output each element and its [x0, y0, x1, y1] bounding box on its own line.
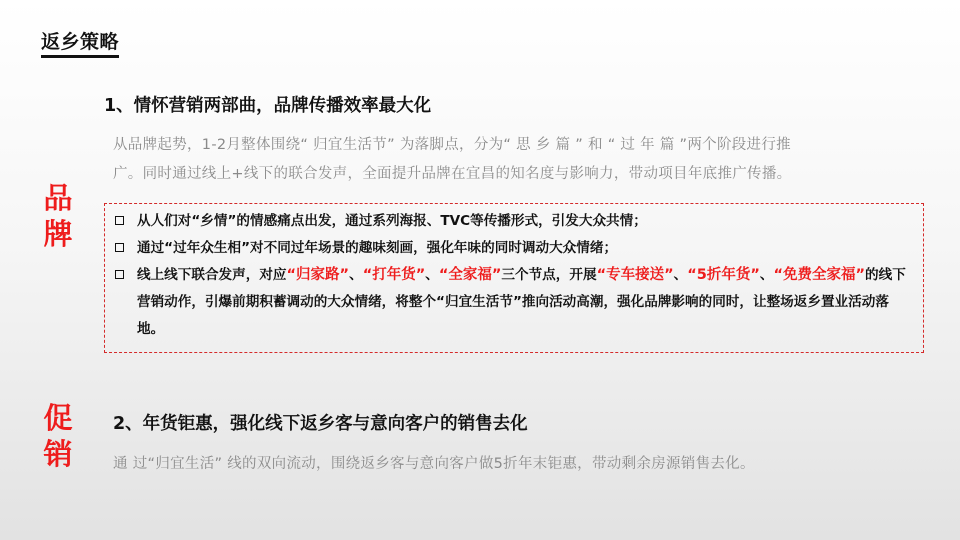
brand-side-label: 品 牌: [38, 180, 78, 252]
bullet-text: 从人们对“乡情”的情感痛点出发，通过系列海报、TVC等传播形式，引发大众共情；: [137, 213, 647, 229]
promo-paragraph: 通 过“归宜生活” 线的双向流动，围绕返乡客与意向客户做5折年末钜惠，带动剩余房…: [113, 450, 755, 479]
square-bullet-icon: [115, 216, 124, 225]
bullet-text-segment: 、: [349, 267, 363, 283]
brand-section-heading: 1、情怀营销两部曲，品牌传播效率最大化: [104, 94, 431, 118]
square-bullet-icon: [115, 270, 124, 279]
bullet-text-segment: 、: [425, 267, 439, 283]
brand-paragraph-line-2: 广。同时通过线上+线下的联合发声，全面提升品牌在宜昌的知名度与影响力，带动项目年…: [113, 160, 791, 189]
bullet-text-segment: 三个节点，开展: [501, 267, 596, 283]
bullet-text-segment: 线上线下联合发声，对应: [137, 267, 287, 283]
highlight-quan-jia-fu: “全家福”: [439, 267, 502, 283]
square-bullet-icon: [115, 243, 124, 252]
brand-paragraph-line-1: 从品牌起势，1-2月整体围绕“ 归宜生活节” 为落脚点，分为“ 思 乡 篇 ” …: [113, 131, 791, 160]
highlight-da-nian-huo: “打年货”: [363, 267, 426, 283]
bullet-item: 线上线下联合发声，对应“归家路”、“打年货”、“全家福”三个节点，开展“专车接送…: [113, 262, 913, 343]
promo-label-char-1: 促: [38, 400, 78, 436]
bullet-text-segment: 、: [760, 267, 774, 283]
bullet-text: 通过“过年众生相”对不同过年场景的趣味刻画，强化年味的同时调动大众情绪；: [137, 240, 617, 256]
brand-label-char-1: 品: [38, 180, 78, 216]
promo-section-heading: 2、年货钜惠，强化线下返乡客与意向客户的销售去化: [113, 412, 528, 436]
promo-label-char-2: 销: [38, 436, 78, 472]
promo-side-label: 促 销: [38, 400, 78, 472]
bullet-item: 通过“过年众生相”对不同过年场景的趣味刻画，强化年味的同时调动大众情绪；: [113, 235, 913, 262]
highlight-mian-fei-quan-jia-fu: “免费全家福”: [773, 267, 865, 283]
highlight-gui-jia-lu: “归家路”: [287, 267, 350, 283]
highlight-zhuan-che-jie-song: “专车接送”: [597, 267, 674, 283]
bullet-item: 从人们对“乡情”的情感痛点出发，通过系列海报、TVC等传播形式，引发大众共情；: [113, 208, 913, 235]
brand-label-char-2: 牌: [38, 216, 78, 252]
bullet-text-segment: 、: [674, 267, 688, 283]
highlight-5-zhe-nian-huo: “5折年货”: [687, 267, 760, 283]
bullet-list: 从人们对“乡情”的情感痛点出发，通过系列海报、TVC等传播形式，引发大众共情； …: [113, 208, 913, 343]
page-title: 返乡策略: [41, 30, 119, 58]
